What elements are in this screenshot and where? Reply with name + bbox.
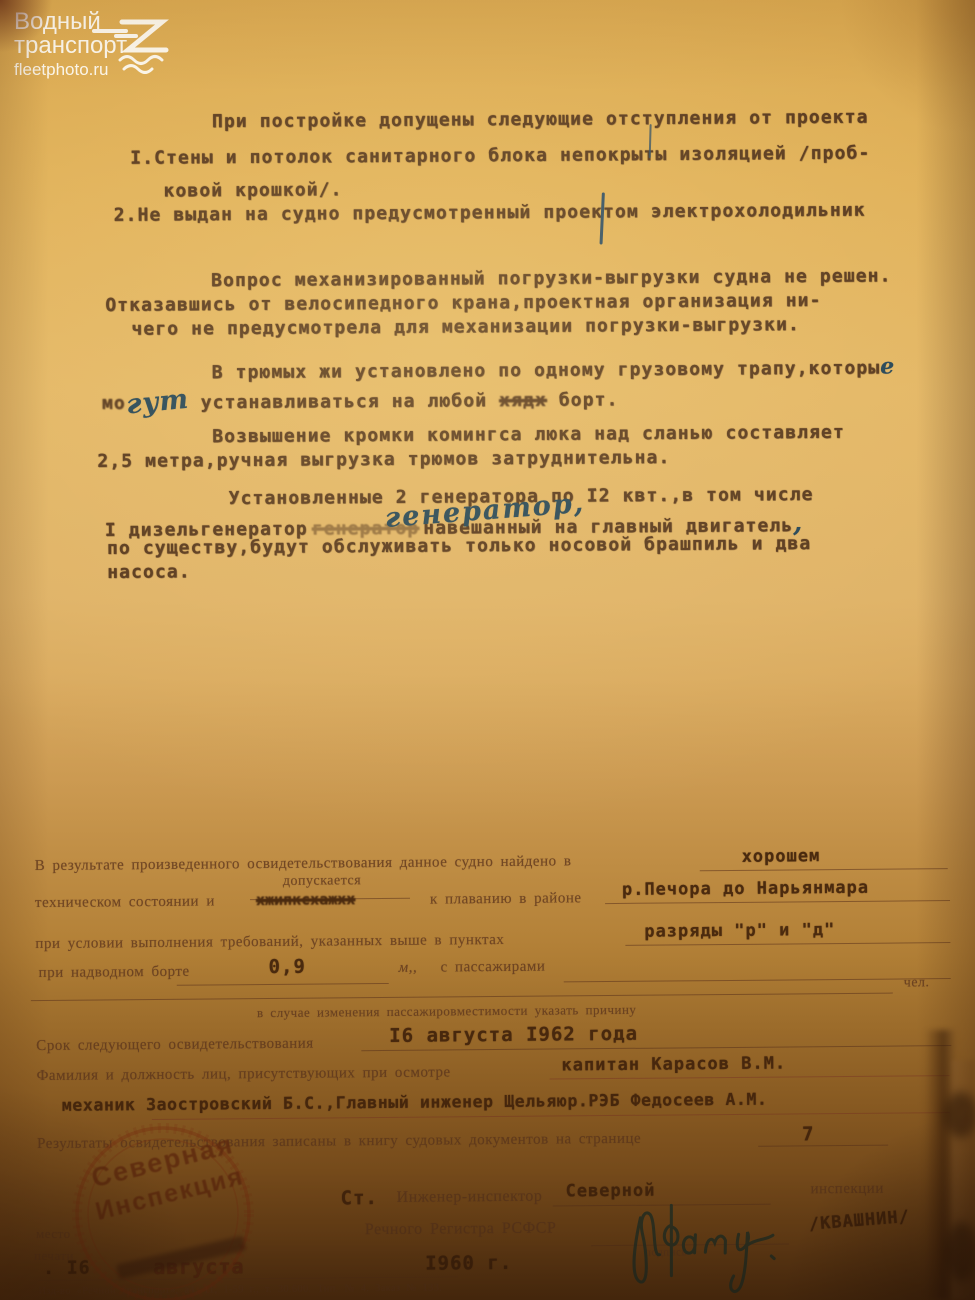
form-entry-condition: хорошем bbox=[742, 846, 821, 867]
form-label: м,, bbox=[399, 960, 418, 977]
form-unit: чел. bbox=[904, 975, 930, 991]
shadow-blob bbox=[946, 1222, 975, 1282]
blank-underline bbox=[700, 868, 948, 871]
blank-underline bbox=[564, 978, 951, 982]
blank-underline bbox=[625, 942, 950, 946]
form-entry-region: р.Печора до Нарьянмара bbox=[622, 878, 869, 900]
stamp-caption: печати bbox=[34, 1248, 74, 1264]
blank-underline bbox=[31, 993, 893, 1002]
blank-underline bbox=[758, 1145, 888, 1147]
form-entry-person-1: капитан Карасов В.М. bbox=[561, 1053, 786, 1075]
form-label: с пассажирами bbox=[441, 959, 546, 977]
shadow-blob bbox=[944, 1092, 975, 1138]
form-entry-next-survey: I6 августа I962 года bbox=[389, 1023, 638, 1047]
form-option-struck: хжипксхажхх bbox=[256, 890, 355, 909]
form-footnote: в случае изменения пассажировместимости … bbox=[257, 1002, 637, 1021]
inspector-signature bbox=[619, 1177, 805, 1300]
form-entry-person-2: механик Заостровский Б.С.,Главный инжене… bbox=[62, 1090, 768, 1115]
form-entry-freeboard: 0,9 bbox=[268, 956, 306, 978]
form-label: при надводном борте bbox=[39, 964, 190, 982]
form-entry-class: разряды "р" и "д" bbox=[644, 920, 835, 942]
form-option-allowed: допускается bbox=[283, 873, 361, 890]
form-label: техническом состоянии и bbox=[35, 893, 215, 912]
form-entry-inspector-name: /КВАШНИН/ bbox=[808, 1207, 910, 1235]
blank-underline bbox=[152, 1112, 950, 1120]
form-label: В результате произведенного освидетельст… bbox=[35, 853, 572, 875]
form-label: Срок следующего освидетельствования bbox=[36, 1036, 314, 1055]
form-label: Речного Регистра РСФСР bbox=[365, 1220, 557, 1240]
form-block: В результате произведенного освидетельст… bbox=[0, 0, 975, 1300]
round-stamp: Северная Инспекция место печати bbox=[28, 1122, 318, 1300]
scanned-document-page: Водный транспорт fleetphoto.ru При постр… bbox=[0, 0, 975, 1300]
blank-underline bbox=[550, 1075, 950, 1079]
form-label: к плаванию в районе bbox=[430, 890, 582, 908]
form-label-senior: Ст. bbox=[341, 1187, 379, 1209]
blank-underline bbox=[605, 900, 950, 904]
form-label: Фамилия и должность лиц, присутствующих … bbox=[36, 1064, 450, 1085]
stamp-caption: место bbox=[36, 1226, 71, 1242]
form-entry-page-number: 7 bbox=[802, 1123, 815, 1145]
form-label: инспекции bbox=[810, 1181, 883, 1199]
form-label: при условии выполнения требований, указа… bbox=[35, 932, 504, 953]
form-date-year: I960 г. bbox=[425, 1252, 512, 1275]
blank-underline bbox=[177, 983, 389, 986]
form-label: Инженер-инспектор bbox=[397, 1188, 543, 1207]
